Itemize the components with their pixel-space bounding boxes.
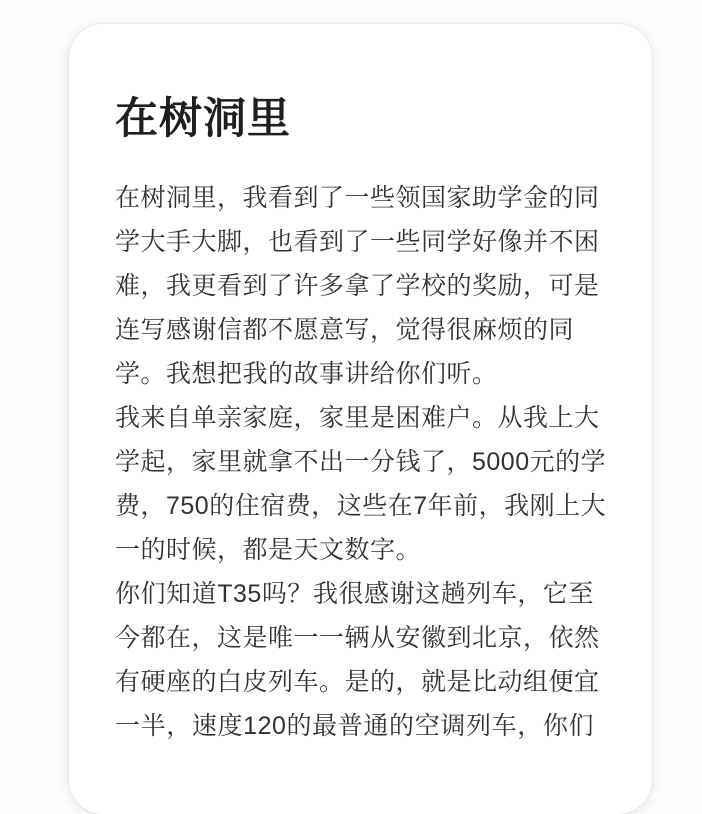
- body-text: 在树洞里，我看到了一些领国家助学金的同 学大手大脚，也看到了一些同学好像并不困 …: [115, 176, 594, 747]
- text-line: 你们知道T35吗？我很感谢这趟列车，它至: [115, 572, 594, 616]
- text-line: 学大手大脚，也看到了一些同学好像并不困: [115, 220, 594, 264]
- text-line: 一的时候，都是天文数字。: [115, 528, 594, 572]
- page-title: 在树洞里: [115, 94, 594, 144]
- text-line: 连写感谢信都不愿意写，觉得很麻烦的同: [115, 308, 594, 352]
- text-line: 费，750的住宿费，这些在7年前，我刚上大: [115, 484, 594, 528]
- text-line: 我来自单亲家庭，家里是困难户。从我上大: [115, 396, 594, 440]
- text-line: 难，我更看到了许多拿了学校的奖励，可是: [115, 264, 594, 308]
- text-line: 学起，家里就拿不出一分钱了，5000元的学: [115, 440, 594, 484]
- text-line: 一半，速度120的最普通的空调列车，你们: [115, 704, 594, 747]
- text-line: 有硬座的白皮列车。是的，就是比动组便宜: [115, 660, 594, 704]
- text-line: 在树洞里，我看到了一些领国家助学金的同: [115, 176, 594, 220]
- text-line: 今都在，这是唯一一辆从安徽到北京，依然: [115, 616, 594, 660]
- text-line: 学。我想把我的故事讲给你们听。: [115, 352, 594, 396]
- document-card: 在树洞里 在树洞里，我看到了一些领国家助学金的同 学大手大脚，也看到了一些同学好…: [69, 24, 652, 747]
